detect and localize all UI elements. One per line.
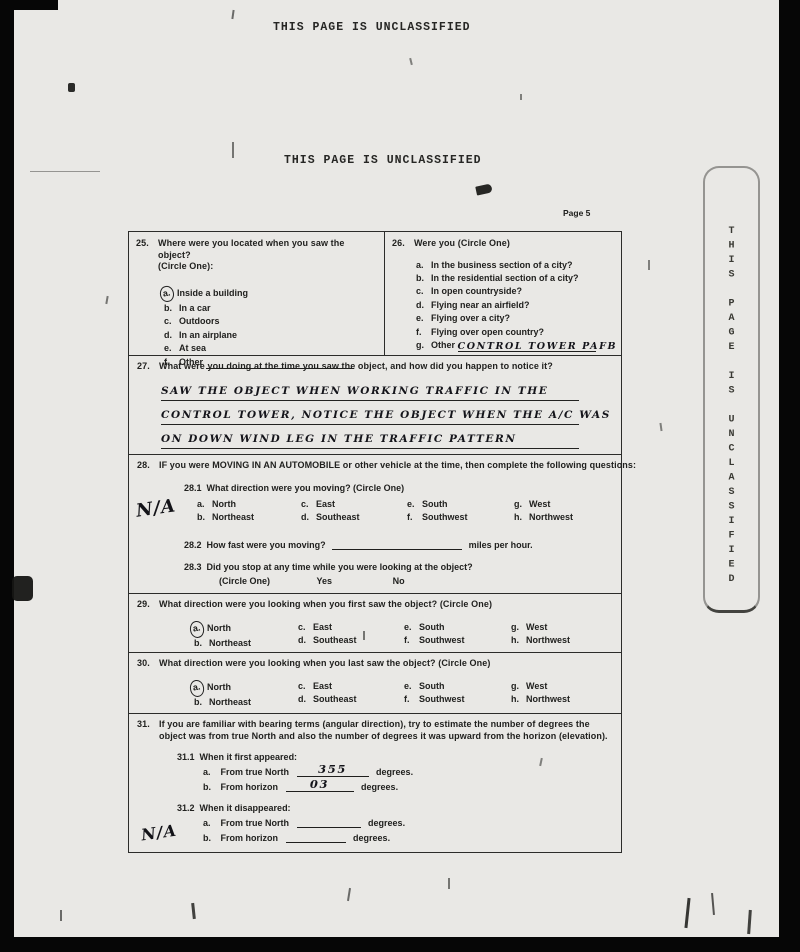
q26-option-b: b.In the residential section of a city? bbox=[416, 272, 614, 285]
scan-artifact bbox=[711, 893, 715, 915]
q29-dir-f: f.Southwest bbox=[404, 634, 511, 648]
scan-artifact bbox=[347, 888, 351, 901]
q28-number: 28. bbox=[137, 460, 154, 472]
q27-text: What were you doing at the time you saw … bbox=[159, 361, 553, 373]
row-q25-q26: 25. Where were you located when you saw … bbox=[129, 232, 621, 356]
page-classification-header-top: THIS PAGE IS UNCLASSIFIED bbox=[273, 21, 471, 34]
scan-artifact bbox=[648, 260, 650, 270]
question-30: 30. What direction were you looking when… bbox=[129, 653, 621, 714]
q28-2-speed-blank bbox=[332, 538, 462, 550]
scan-edge-bottom bbox=[0, 937, 800, 952]
q26-other-answer: CONTROL TOWER PAFB bbox=[458, 340, 596, 352]
q26-option-f: f.Flying over open country? bbox=[416, 326, 614, 339]
q31-2: 31.2 When it disappeared: bbox=[177, 803, 613, 813]
scan-artifact bbox=[12, 576, 33, 601]
q26-option-d: d.Flying near an airfield? bbox=[416, 299, 614, 312]
q28-dir-e: e.South bbox=[407, 498, 514, 512]
scan-artifact bbox=[231, 10, 234, 19]
q26-option-g: g.Other CONTROL TOWER PAFB bbox=[416, 339, 614, 352]
q29-dir-b: b.Northeast bbox=[194, 637, 298, 651]
q31-2-a: a. From true North degrees. bbox=[203, 816, 613, 828]
q29-dir-a: a. North bbox=[194, 621, 298, 638]
q27-number: 27. bbox=[137, 361, 154, 373]
q29-dir-h: h.Northwest bbox=[511, 634, 613, 648]
scan-edge-right bbox=[779, 0, 800, 952]
q28-dir-f: f.Southwest bbox=[407, 511, 514, 525]
q31-text: If you are familiar with bearing terms (… bbox=[159, 719, 611, 742]
q29-dir-g: g.West bbox=[511, 621, 613, 635]
q31-2-a-blank bbox=[297, 816, 361, 828]
q26-option-e: e.Flying over a city? bbox=[416, 312, 614, 325]
q28-dir-b: b.Northeast bbox=[197, 511, 301, 525]
question-27: 27. What were you doing at the time you … bbox=[129, 356, 621, 455]
q28-3-choices: (Circle One) Yes No bbox=[219, 576, 613, 586]
q28-3-no: No bbox=[393, 576, 405, 586]
q28-1: 28.1 What direction were you moving? (Ci… bbox=[184, 483, 613, 493]
q30-dir-a: a. North bbox=[194, 680, 298, 697]
scan-artifact bbox=[191, 903, 196, 919]
page-number: Page 5 bbox=[563, 208, 590, 218]
q25-option-e: e.At sea bbox=[164, 342, 377, 355]
q29-circled-answer: a. bbox=[189, 619, 205, 638]
question-29: 29. What direction were you looking when… bbox=[129, 594, 621, 653]
q30-dir-f: f.Southwest bbox=[404, 693, 511, 707]
q27-answer-line-1: SAW THE OBJECT WHEN WORKING TRAFFIC IN T… bbox=[161, 377, 579, 401]
q28-text: IF you were MOVING IN AN AUTOMOBILE or o… bbox=[159, 460, 636, 472]
q25-option-a: a. Inside a building bbox=[164, 286, 377, 302]
question-31: 31. If you are familiar with bearing ter… bbox=[129, 714, 621, 852]
q29-text: What direction were you looking when you… bbox=[159, 599, 492, 611]
q25-number: 25. bbox=[136, 238, 153, 273]
q28-1-direction-options: a.North b.Northeast c.East d.Southeast e… bbox=[197, 498, 613, 525]
q25-option-b: b.In a car bbox=[164, 302, 377, 315]
q25-circled-answer: a. bbox=[159, 284, 175, 303]
q30-dir-b: b.Northeast bbox=[194, 696, 298, 710]
scan-artifact bbox=[475, 183, 493, 195]
scanned-document-page: THIS PAGE IS UNCLASSIFIED THIS PAGE IS U… bbox=[0, 0, 800, 952]
q26-options: a.In the business section of a city? b.I… bbox=[416, 259, 614, 353]
q26-text: Were you (Circle One) bbox=[414, 238, 510, 250]
question-26: 26. Were you (Circle One) a.In the busin… bbox=[385, 232, 621, 355]
scan-artifact bbox=[60, 910, 62, 921]
q30-dir-h: h.Northwest bbox=[511, 693, 613, 707]
q30-dir-e: e.South bbox=[404, 680, 511, 694]
scan-artifact bbox=[659, 423, 662, 431]
scan-artifact bbox=[30, 171, 100, 172]
side-classification-stamp: THIS PAGE IS UNCLASSIFIED bbox=[703, 166, 760, 613]
q30-number: 30. bbox=[137, 658, 154, 670]
q31-1: 31.1 When it first appeared: bbox=[177, 752, 613, 762]
q31-1-a-value: 355 bbox=[297, 765, 369, 777]
q28-1-na-answer: N/A bbox=[135, 495, 178, 521]
q31-number: 31. bbox=[137, 719, 154, 742]
q30-dir-d: d.Southeast bbox=[298, 693, 404, 707]
q28-3-yes: Yes bbox=[317, 576, 333, 586]
scan-edge-left bbox=[0, 0, 14, 952]
q31-1-a: a. From true North 355 degrees. bbox=[203, 765, 613, 777]
scan-artifact bbox=[105, 296, 108, 304]
q28-dir-h: h.Northwest bbox=[514, 511, 613, 525]
q26-option-c: c.In open countryside? bbox=[416, 285, 614, 298]
scan-artifact bbox=[448, 878, 450, 889]
scan-artifact bbox=[747, 910, 752, 934]
q31-2-na-answer: N/A bbox=[140, 821, 178, 845]
scan-artifact bbox=[520, 94, 522, 100]
q31-1-b: b. From horizon 03 degrees. bbox=[203, 780, 613, 792]
q28-3: 28.3 Did you stop at any time while you … bbox=[184, 562, 613, 572]
q30-direction-options: a. North b.Northeast c.East d.Southeast … bbox=[194, 680, 613, 710]
q27-answer-line-3: ON DOWN WIND LEG IN THE TRAFFIC PATTERN bbox=[161, 425, 579, 449]
q30-circled-answer: a. bbox=[189, 678, 205, 697]
q29-number: 29. bbox=[137, 599, 154, 611]
q30-dir-c: c.East bbox=[298, 680, 404, 694]
q28-dir-c: c.East bbox=[301, 498, 407, 512]
q25-option-c: c.Outdoors bbox=[164, 315, 377, 328]
q28-dir-g: g.West bbox=[514, 498, 613, 512]
page-classification-header-mid: THIS PAGE IS UNCLASSIFIED bbox=[284, 154, 482, 167]
q29-dir-e: e.South bbox=[404, 621, 511, 635]
q25-option-d: d.In an airplane bbox=[164, 329, 377, 342]
q29-direction-options: a. North b.Northeast c.East d.Southeast … bbox=[194, 621, 613, 651]
q28-dir-a: a.North bbox=[197, 498, 301, 512]
q31-1-b-value: 03 bbox=[286, 780, 354, 792]
scan-artifact bbox=[68, 83, 75, 92]
q30-text: What direction were you looking when you… bbox=[159, 658, 490, 670]
question-25: 25. Where were you located when you saw … bbox=[129, 232, 385, 355]
q29-dir-c: c.East bbox=[298, 621, 404, 635]
q26-option-a: a.In the business section of a city? bbox=[416, 259, 614, 272]
question-28: 28. IF you were MOVING IN AN AUTOMOBILE … bbox=[129, 455, 621, 594]
scan-artifact bbox=[363, 631, 365, 640]
q31-2-b-blank bbox=[286, 831, 346, 843]
scan-artifact bbox=[684, 898, 690, 928]
q28-dir-d: d.Southeast bbox=[301, 511, 407, 525]
q25-text: Where were you located when you saw the … bbox=[158, 238, 377, 273]
q31-2-b: b. From horizon degrees. bbox=[203, 831, 613, 843]
scan-artifact bbox=[232, 142, 234, 158]
questionnaire-form: 25. Where were you located when you saw … bbox=[128, 231, 622, 853]
q28-3-circle-one-label: (Circle One) bbox=[219, 576, 270, 586]
side-classification-stamp-text: THIS PAGE IS UNCLASSIFIED bbox=[726, 226, 737, 589]
scan-artifact bbox=[409, 58, 413, 65]
q30-dir-g: g.West bbox=[511, 680, 613, 694]
q26-number: 26. bbox=[392, 238, 409, 250]
q28-2: 28.2 How fast were you moving? miles per… bbox=[184, 538, 613, 550]
q27-answer-line-2: CONTROL TOWER, NOTICE THE OBJECT WHEN TH… bbox=[161, 401, 579, 425]
scan-edge-top-left bbox=[0, 0, 58, 10]
q29-dir-d: d.Southeast bbox=[298, 634, 404, 648]
